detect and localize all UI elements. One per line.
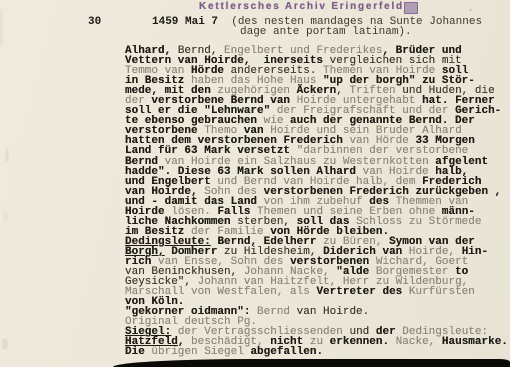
archive-stamp: Kettlersches Archiv Eringerfeld: [199, 1, 404, 12]
date-heading: 1459 Mai 7: [152, 16, 218, 28]
scan-smudge: [3, 212, 8, 222]
scan-smudge: [5, 148, 9, 162]
scanned-document-page: Kettlersches Archiv Eringerfeld , 30 145…: [0, 0, 510, 367]
body-line: Die übrigen Siegel abgefallen.: [125, 347, 507, 357]
pen-tick-mark: ,: [468, 4, 475, 14]
stamp-frame-mark: [404, 2, 418, 14]
bottom-scan-shadow: [113, 359, 510, 367]
scan-smudge: [2, 338, 8, 350]
date-note-line2: dage ante portam latinam).: [240, 26, 412, 38]
document-body: Alhard, Bernd, Engelbert und Frederikes,…: [125, 46, 507, 357]
scan-smudge: [0, 8, 3, 48]
index-number: 30: [88, 16, 101, 28]
